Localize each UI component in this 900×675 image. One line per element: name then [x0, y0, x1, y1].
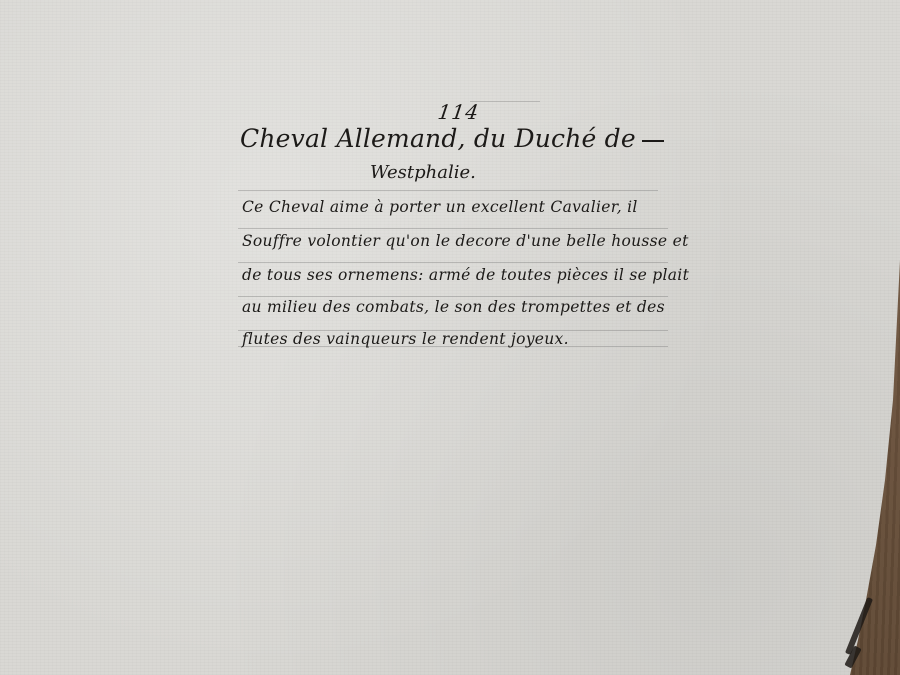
entry-title-text: Cheval Allemand, du Duché de [240, 124, 636, 153]
body-line-5: flutes des vainqueurs le rendent joyeux. [242, 330, 569, 348]
title-flourish [642, 140, 664, 142]
ruled-line [238, 228, 668, 229]
manuscript-page: 114 Cheval Allemand, du Duché de Westpha… [0, 0, 900, 675]
body-line-2: Souffre volontier qu'on le decore d'une … [242, 232, 689, 250]
body-line-3: de tous ses ornemens: armé de toutes piè… [242, 266, 689, 284]
body-line-1: Ce Cheval aime à porter un excellent Cav… [242, 198, 638, 216]
entry-title: Cheval Allemand, du Duché de [240, 124, 664, 153]
ruled-line [238, 190, 658, 191]
folio-number: 114 [436, 100, 481, 124]
ruled-line [238, 262, 668, 263]
entry-title-continuation: Westphalie. [370, 162, 476, 183]
ruled-line [238, 296, 668, 297]
body-line-4: au milieu des combats, le son des trompe… [242, 298, 665, 316]
